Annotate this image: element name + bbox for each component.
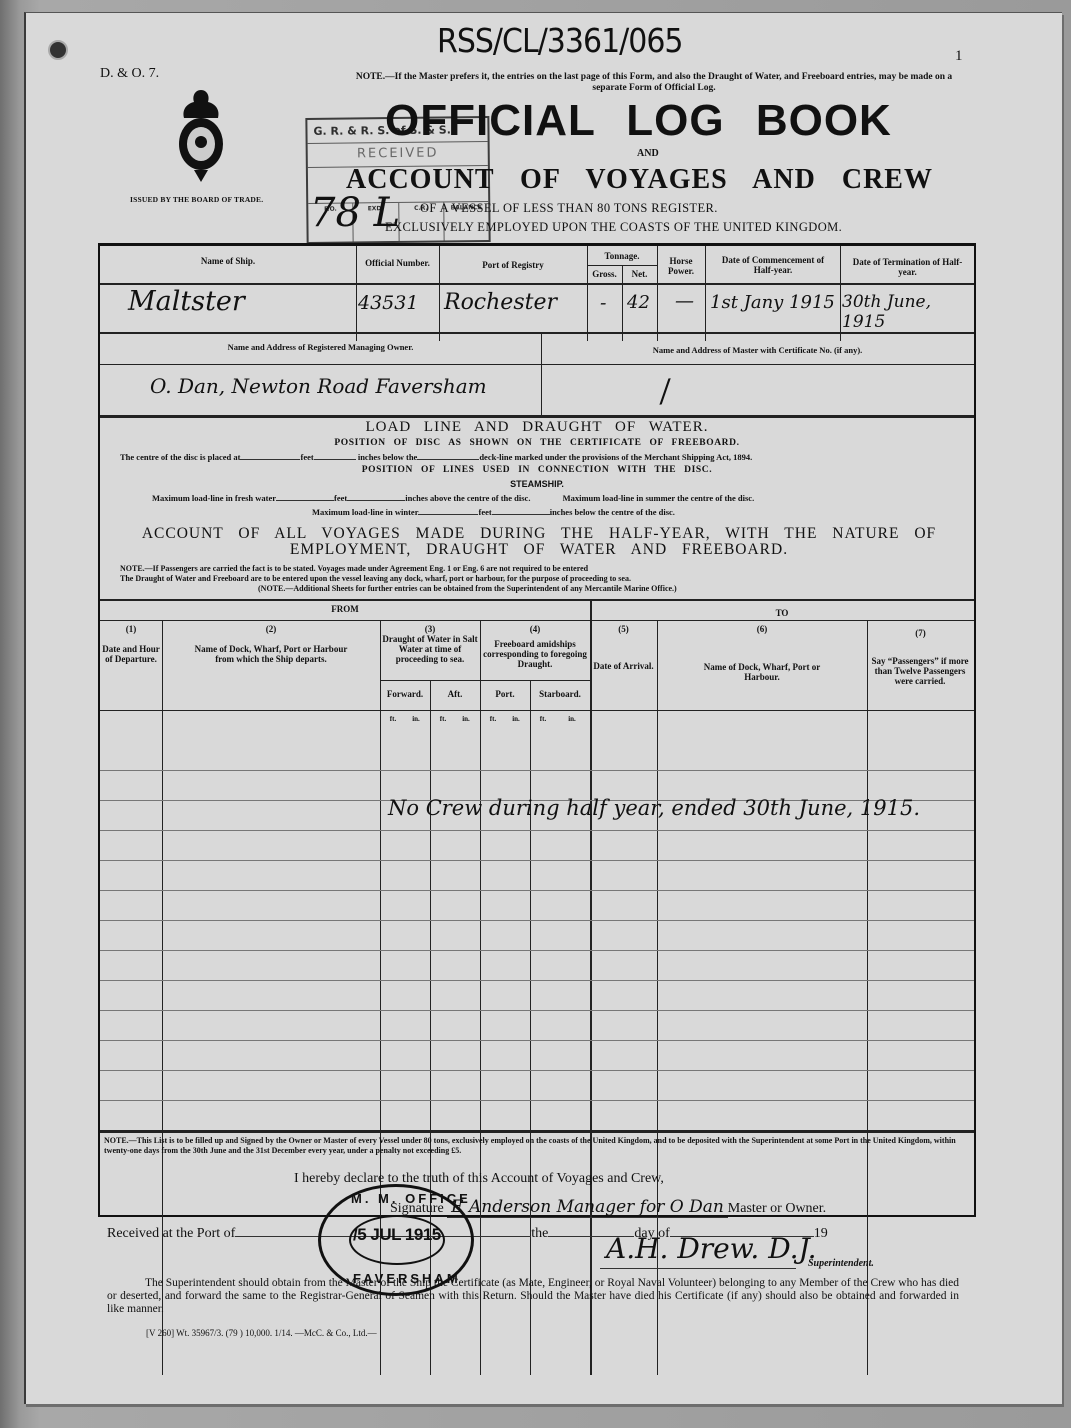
header-gross: Gross. (587, 269, 622, 279)
signature-suffix: Master or Owner. (728, 1201, 826, 1216)
divider (657, 246, 658, 341)
disc-text-1: The centre of the disc is placed at (120, 452, 240, 462)
col5-num: (5) (590, 624, 657, 634)
unit-in: in. (506, 714, 526, 724)
col3-num: (3) (380, 624, 480, 634)
owner-signature: E Anderson Manager for O Dan (447, 1197, 728, 1218)
no-crew-entry: No Crew during half year, ended 30th Jun… (388, 796, 920, 820)
col6-label: Name of Dock, Wharf, Port or Harbour. (690, 662, 834, 682)
divider (100, 364, 974, 365)
royal-crest-icon (176, 88, 226, 184)
ruled-line (100, 1010, 974, 1011)
lines-heading: POSITION OF LINES USED IN CONNECTION WIT… (100, 465, 974, 475)
owner-header: Name and Address of Registered Managing … (100, 342, 541, 352)
page-subtitle: ACCOUNT OF VOYAGES AND CREW (346, 164, 933, 196)
col4-label: Freeboard amidships corresponding to for… (482, 639, 588, 669)
subcol-forward: Forward. (380, 689, 430, 699)
ruled-line (100, 920, 974, 921)
col5-label: Date of Arrival. (592, 661, 655, 671)
mmo-stamp-bottom: FAVERSHAM (353, 1271, 461, 1286)
top-note: NOTE.—If the Master prefers it, the entr… (344, 72, 964, 94)
subtitle-employment: EXCLUSIVELY EMPLOYED UPON THE COASTS OF … (385, 220, 842, 235)
divider (100, 620, 974, 621)
unit-in: in. (562, 714, 582, 724)
col-divider (162, 620, 163, 1375)
fresh-label: Maximum load-line in fresh water (152, 493, 276, 503)
col4-num: (4) (480, 624, 590, 634)
from-label: FROM (100, 604, 590, 614)
winter-feet-label: feet (478, 507, 491, 517)
disc-feet-blank[interactable] (240, 451, 300, 460)
unit-in: in. (456, 714, 476, 724)
summer-label: Maximum load-line in summer the centre o… (563, 493, 755, 503)
steamship-heading: STEAMSHIP. (100, 479, 974, 489)
termination-value: 30th June, 1915 (842, 292, 974, 332)
subcol-port: Port. (480, 689, 530, 699)
header-net: Net. (622, 269, 657, 279)
ruled-line (100, 1100, 974, 1101)
divider (840, 246, 841, 341)
ruled-line (100, 980, 974, 981)
divider (100, 599, 974, 601)
issued-by: ISSUED BY THE BOARD OF TRADE. (130, 195, 263, 204)
commencement-value: 1st Jany 1915 (710, 292, 835, 313)
header-ship-name: Name of Ship. (100, 256, 356, 266)
winter-inches-blank[interactable] (492, 506, 550, 515)
divider (100, 415, 974, 418)
disc-text-3: inches below the (358, 452, 418, 462)
the-label: the (531, 1226, 548, 1241)
winter-feet-blank[interactable] (418, 506, 478, 515)
subcol-aft: Aft. (430, 689, 480, 699)
col3-label: Draught of Water in Salt Water at time o… (382, 634, 478, 664)
header-tonnage: Tonnage. (587, 251, 657, 261)
owner-value: O. Dan, Newton Road Faversham (150, 374, 487, 398)
header-port: Port of Registry (439, 260, 587, 270)
winter-line: Maximum load-line in winterfeetinches be… (312, 506, 675, 517)
punch-hole (48, 40, 68, 60)
header-bottom-rule (100, 710, 974, 711)
received-label: Received at the Port of (107, 1226, 235, 1241)
fresh-water-line: Maximum load-line in fresh waterfeetinch… (152, 492, 754, 503)
mmo-stamp-date: /5 JUL 1915 (353, 1225, 441, 1245)
col2-num: (2) (162, 624, 380, 634)
fresh-inches-blank[interactable] (347, 492, 405, 501)
port-value: Rochester (444, 290, 557, 315)
disc-deck-blank[interactable] (417, 451, 479, 460)
title-and: AND (637, 148, 659, 159)
fresh-feet-label: feet (334, 493, 347, 503)
col6-num: (6) (657, 624, 867, 634)
divider (100, 283, 974, 285)
gross-value: - (600, 292, 606, 314)
account-note-1: NOTE.—If Passengers are carried the fact… (120, 564, 970, 574)
superintendent-signature: A.H. Drew. D.J. (606, 1232, 817, 1265)
unit-ft: ft. (533, 714, 553, 724)
page-number: 1 (955, 48, 963, 65)
account-note-2: The Draught of Water and Freeboard are t… (120, 574, 970, 584)
superintendent-label: Superintendent. (808, 1258, 874, 1269)
winter-label: Maximum load-line in winter (312, 507, 418, 517)
superintendent-signature-line (600, 1268, 796, 1269)
ruled-line (100, 890, 974, 891)
header-official-number: Official Number. (356, 258, 439, 268)
divider (380, 680, 590, 681)
unit-ft: ft. (433, 714, 453, 724)
unit-ft: ft. (483, 714, 503, 724)
col1-num: (1) (100, 624, 162, 634)
to-label: TO (590, 608, 974, 618)
header-horse-power: Horse Power. (663, 256, 699, 276)
divider (705, 246, 706, 341)
master-header: Name and Address of Master with Certific… (541, 345, 974, 355)
winter-inches-label: inches below the centre of the disc. (550, 507, 675, 517)
superintendent-instructions: The Superintendent should obtain from th… (107, 1277, 959, 1316)
disc-text-2: feet (300, 452, 313, 462)
form-frame: Name of Ship. Official Number. Port of R… (98, 243, 976, 1217)
ruled-line (100, 860, 974, 861)
archive-reference: RSS/CL/3361/065 (437, 22, 683, 61)
disc-heading: POSITION OF DISC AS SHOWN ON THE CERTIFI… (100, 438, 974, 448)
master-value: / (658, 373, 673, 409)
load-line-title: LOAD LINE AND DRAUGHT OF WATER. (100, 419, 974, 436)
disc-position-line: The centre of the disc is placed atfeet … (120, 451, 752, 462)
ruled-line (100, 830, 974, 831)
ruled-line (100, 1070, 974, 1071)
declaration: I hereby declare to the truth of this Ac… (294, 1171, 664, 1187)
disc-inches-blank[interactable] (314, 451, 356, 460)
col7-label: Say “Passengers” if more than Twelve Pas… (870, 656, 970, 686)
col1-label: Date and Hour of Departure. (102, 644, 160, 664)
page-title: OFFICIAL LOG BOOK (385, 96, 892, 146)
fresh-feet-blank[interactable] (276, 492, 334, 501)
from-to-divider (590, 599, 592, 1375)
mmo-date-stamp: M. M. OFFICE /5 JUL 1915 FAVERSHAM (318, 1184, 474, 1296)
ruled-line (100, 1040, 974, 1041)
fresh-inches-label: inches above the centre of the disc. (405, 493, 530, 503)
account-note-3: (NOTE.—Additional Sheets for further ent… (120, 584, 970, 594)
divider (100, 1130, 974, 1133)
subtitle-vessel-size: OF A VESSEL OF LESS THAN 80 TONS REGISTE… (420, 201, 718, 216)
disc-text-4: deck-line marked under the provisions of… (479, 452, 752, 462)
form-code: D. & O. 7. (100, 66, 159, 82)
subcol-starboard: Starboard. (530, 689, 590, 699)
unit-ft: ft. (383, 714, 403, 724)
col-divider (480, 620, 481, 1375)
official-number-value: 43531 (358, 292, 418, 314)
header-termination: Date of Termination of Half-year. (845, 257, 970, 277)
ruled-line (100, 770, 974, 771)
footer-note: NOTE.—This List is to be filled up and S… (104, 1136, 970, 1156)
divider (100, 332, 974, 334)
net-value: 42 (627, 292, 650, 313)
col-divider (530, 680, 531, 1375)
mmo-stamp-top: M. M. OFFICE (351, 1191, 471, 1206)
account-title: ACCOUNT OF ALL VOYAGES MADE DURING THE H… (124, 526, 954, 558)
account-notes: NOTE.—If Passengers are carried the fact… (120, 564, 970, 594)
col2-label: Name of Dock, Wharf, Port or Harbour fro… (192, 644, 350, 664)
horse-power-value: — (675, 290, 694, 312)
ruled-line (100, 950, 974, 951)
ship-name-value: Maltster (128, 286, 245, 317)
printer-line: [V 260] Wt. 35967/3. (79 ) 10,000. 1/14.… (146, 1328, 377, 1338)
header-commencement: Date of Commencement of Half-year. (712, 255, 834, 275)
unit-in: in. (406, 714, 426, 724)
col7-num: (7) (867, 628, 974, 638)
